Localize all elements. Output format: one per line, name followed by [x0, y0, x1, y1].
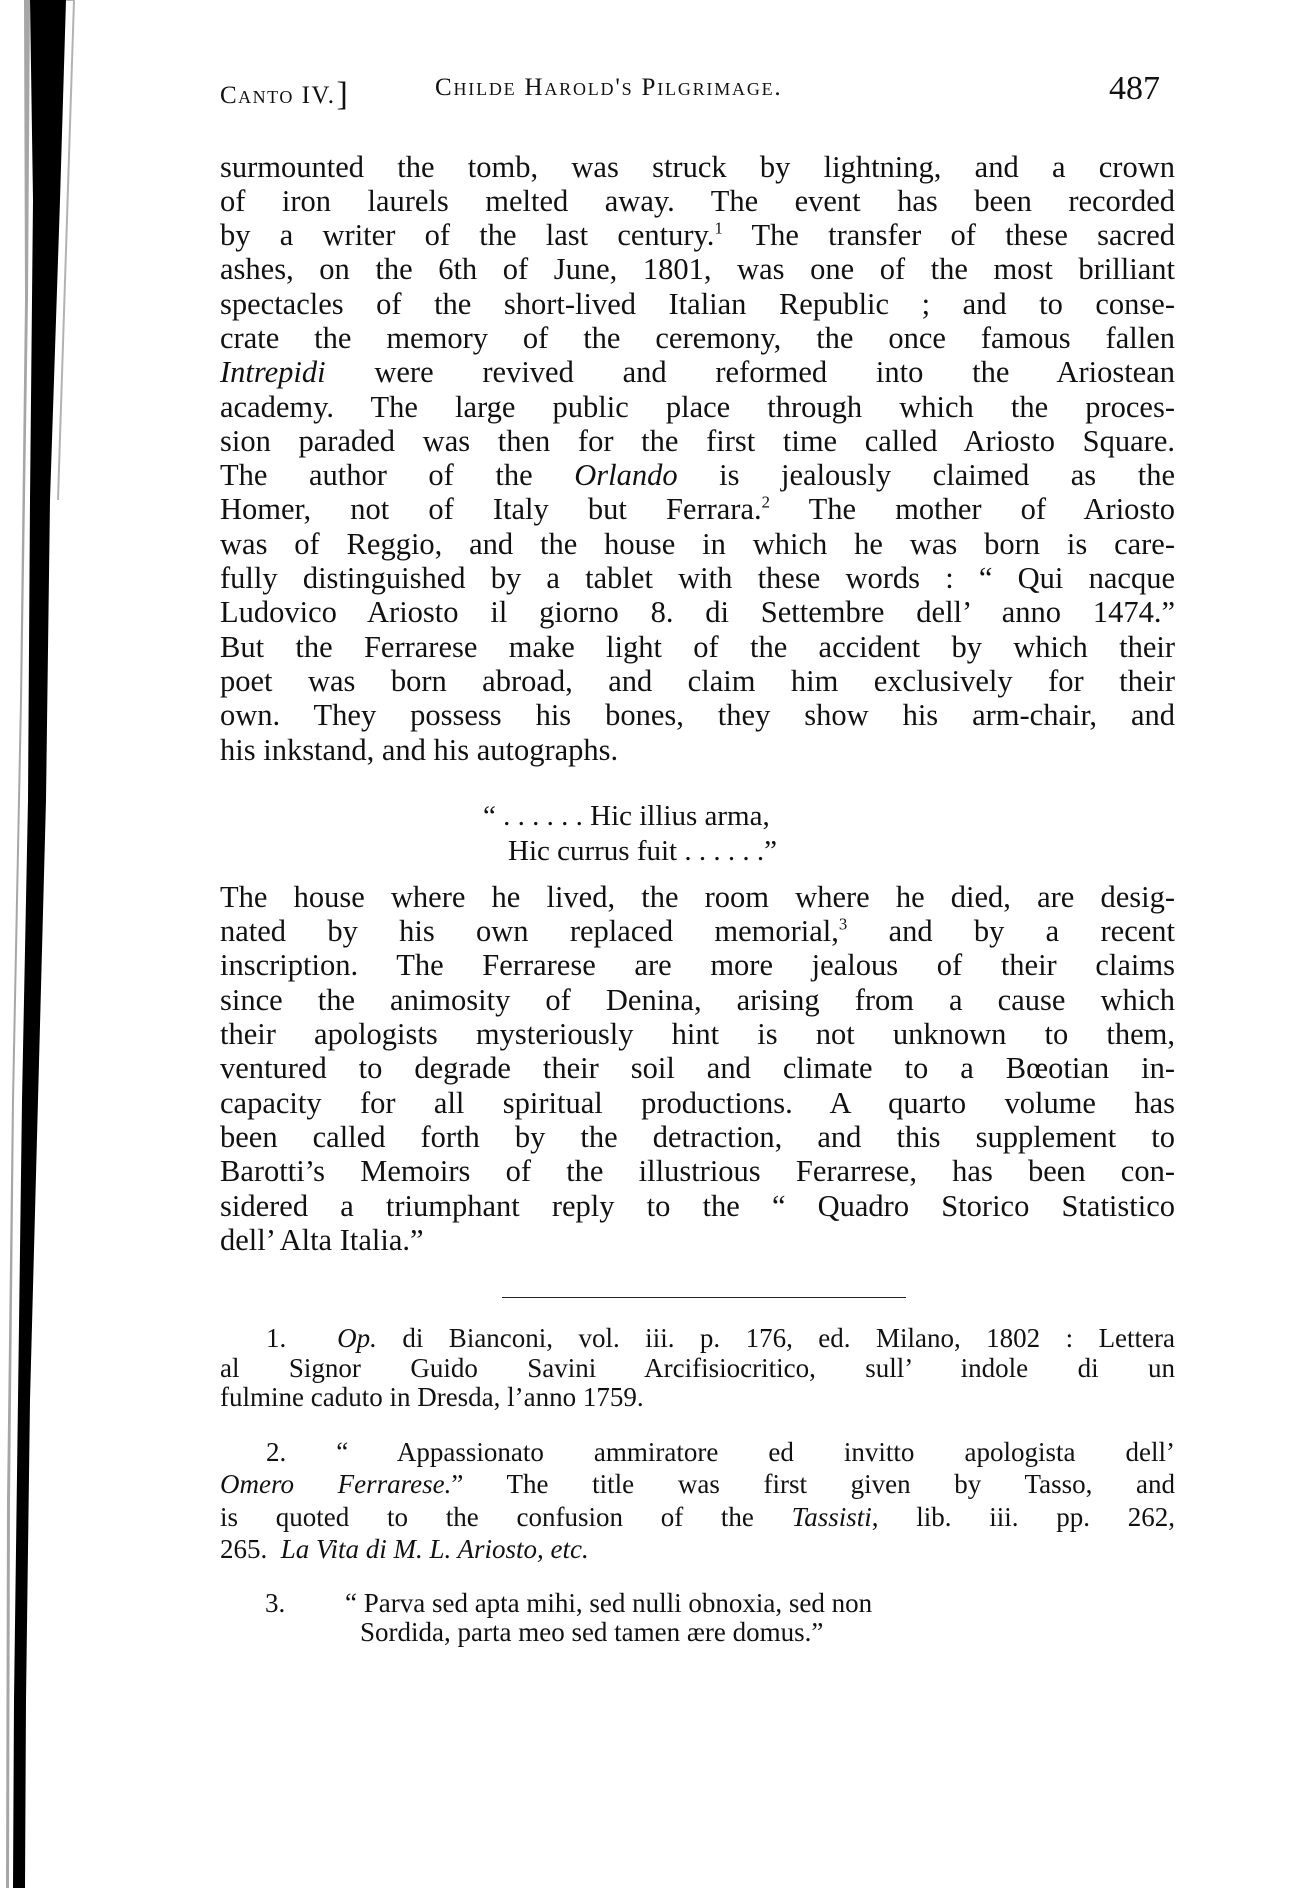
italic-term: La Vita di M. L. Ariosto, etc. [281, 1534, 589, 1564]
footnote-line: Omero Ferrarese.” The title was first gi… [220, 1468, 1175, 1500]
body-line: The house where he lived, the room where… [220, 880, 1175, 915]
text-span: by a writer of the last century. [220, 218, 714, 252]
body-line: sion paraded was then for the first time… [220, 424, 1175, 459]
body-line: Homer, not of Italy but Ferrara.2 The mo… [220, 492, 1175, 527]
body-line: nated by his own replaced memorial,3 and… [220, 914, 1175, 949]
footnote-line: 265. La Vita di M. L. Ariosto, etc. [220, 1533, 1175, 1565]
footnote-line: is quoted to the confusion of the Tassis… [220, 1501, 1175, 1533]
verse-line: “ . . . . . . Hic illius arma, [483, 799, 770, 833]
text-span: ” The title was first given by Tasso, an… [451, 1469, 1175, 1499]
text-span: , lib. iii. pp. 262, [872, 1502, 1175, 1532]
text-span: were revived and reformed into the Arios… [326, 355, 1175, 389]
text-span: The transfer of these sacred [723, 218, 1175, 252]
text-span: di Bianconi, vol. iii. p. 176, ed. Milan… [377, 1323, 1175, 1353]
body-line: own. They possess his bones, they show h… [220, 698, 1175, 733]
body-line: ashes, on the 6th of June, 1801, was one… [220, 252, 1175, 287]
footnote-number: 1. [266, 1323, 286, 1353]
text-span: 265. [220, 1534, 281, 1564]
running-header-title: Childe Harold's Pilgrimage. [435, 74, 782, 102]
binding-edge-shadow [0, 0, 90, 1904]
body-line: fully distinguished by a tablet with the… [220, 561, 1175, 596]
body-line: Barotti’s Memoirs of the illustrious Fer… [220, 1154, 1175, 1189]
body-line: Intrepidi were revived and reformed into… [220, 355, 1175, 390]
footnote-verse-line: “ Parva sed apta mihi, sed nulli obnoxia… [345, 1588, 872, 1618]
footnote-ref-1[interactable]: 1 [714, 218, 722, 237]
page-number: 487 [1109, 70, 1160, 108]
text-span: The author of the [220, 458, 574, 492]
text-span: is jealously claimed as the [678, 458, 1175, 492]
body-line: But the Ferrarese make light of the acci… [220, 630, 1175, 665]
body-line: by a writer of the last century.1 The tr… [220, 218, 1175, 253]
body-line: of iron laurels melted away. The event h… [220, 184, 1175, 219]
italic-term: Intrepidi [220, 355, 326, 389]
body-line: since the animosity of Denina, arising f… [220, 983, 1175, 1018]
footnote-line: fulmine caduto in Dresda, l’anno 1759. [220, 1381, 1175, 1413]
body-line: ventured to degrade their soil and clima… [220, 1051, 1175, 1086]
text-span: “ Appassionato ammiratore ed invitto apo… [286, 1437, 1175, 1467]
running-header: Canto IV.] Childe Harold's Pilgrimage. 4… [220, 74, 1180, 114]
body-line: his inkstand, and his autographs. [220, 733, 1175, 768]
body-line: poet was born abroad, and claim him excl… [220, 664, 1175, 699]
italic-term: Tassisti [792, 1502, 872, 1532]
section-label: Canto IV. [220, 82, 336, 109]
footnote-number: 2. [266, 1437, 286, 1467]
body-line: been called forth by the detraction, and… [220, 1120, 1175, 1155]
header-bracket: ] [337, 76, 350, 113]
italic-term: Omero Ferrarese. [220, 1469, 451, 1499]
footnote-number: 3. [265, 1588, 285, 1618]
running-header-section: Canto IV.] [220, 74, 349, 112]
text-span: nated by his own replaced memorial, [220, 914, 839, 948]
body-line: sidered a triumphant reply to the “ Quad… [220, 1189, 1175, 1224]
body-line: Ludovico Ariosto il giorno 8. di Settemb… [220, 595, 1175, 630]
text-span: Homer, not of Italy but Ferrara. [220, 492, 762, 526]
body-line: surmounted the tomb, was struck by light… [220, 150, 1175, 185]
body-line: capacity for all spiritual productions. … [220, 1086, 1175, 1121]
text-span: and by a recent [847, 914, 1175, 948]
body-line: crate the memory of the ceremony, the on… [220, 321, 1175, 356]
body-line: inscription. The Ferrarese are more jeal… [220, 948, 1175, 983]
footnote-line: al Signor Guido Savini Arcifisiocritico,… [220, 1352, 1175, 1384]
body-line: academy. The large public place through … [220, 390, 1175, 425]
footnote-ref-2[interactable]: 2 [762, 492, 770, 511]
body-line: their apologists mysteriously hint is no… [220, 1017, 1175, 1052]
book-page: Canto IV.] Childe Harold's Pilgrimage. 4… [0, 0, 1314, 1904]
footnote-verse-line: Sordida, parta meo sed tamen ære domus.” [360, 1617, 823, 1647]
body-line: spectacles of the short-lived Italian Re… [220, 287, 1175, 322]
text-span: The mother of Ariosto [770, 492, 1175, 526]
footnote-line: 1. Op. di Bianconi, vol. iii. p. 176, ed… [266, 1322, 1175, 1354]
footnote-separator-rule [502, 1297, 906, 1298]
body-line: was of Reggio, and the house in which he… [220, 527, 1175, 562]
text-span: is quoted to the confusion of the [220, 1502, 792, 1532]
italic-term: Op. [337, 1323, 377, 1353]
footnote-line: 2. “ Appassionato ammiratore ed invitto … [266, 1436, 1175, 1468]
verse-line: Hic currus fuit . . . . . .” [508, 834, 777, 868]
body-line: dell’ Alta Italia.” [220, 1223, 1175, 1258]
italic-term: Orlando [574, 458, 677, 492]
body-line: The author of the Orlando is jealously c… [220, 458, 1175, 493]
